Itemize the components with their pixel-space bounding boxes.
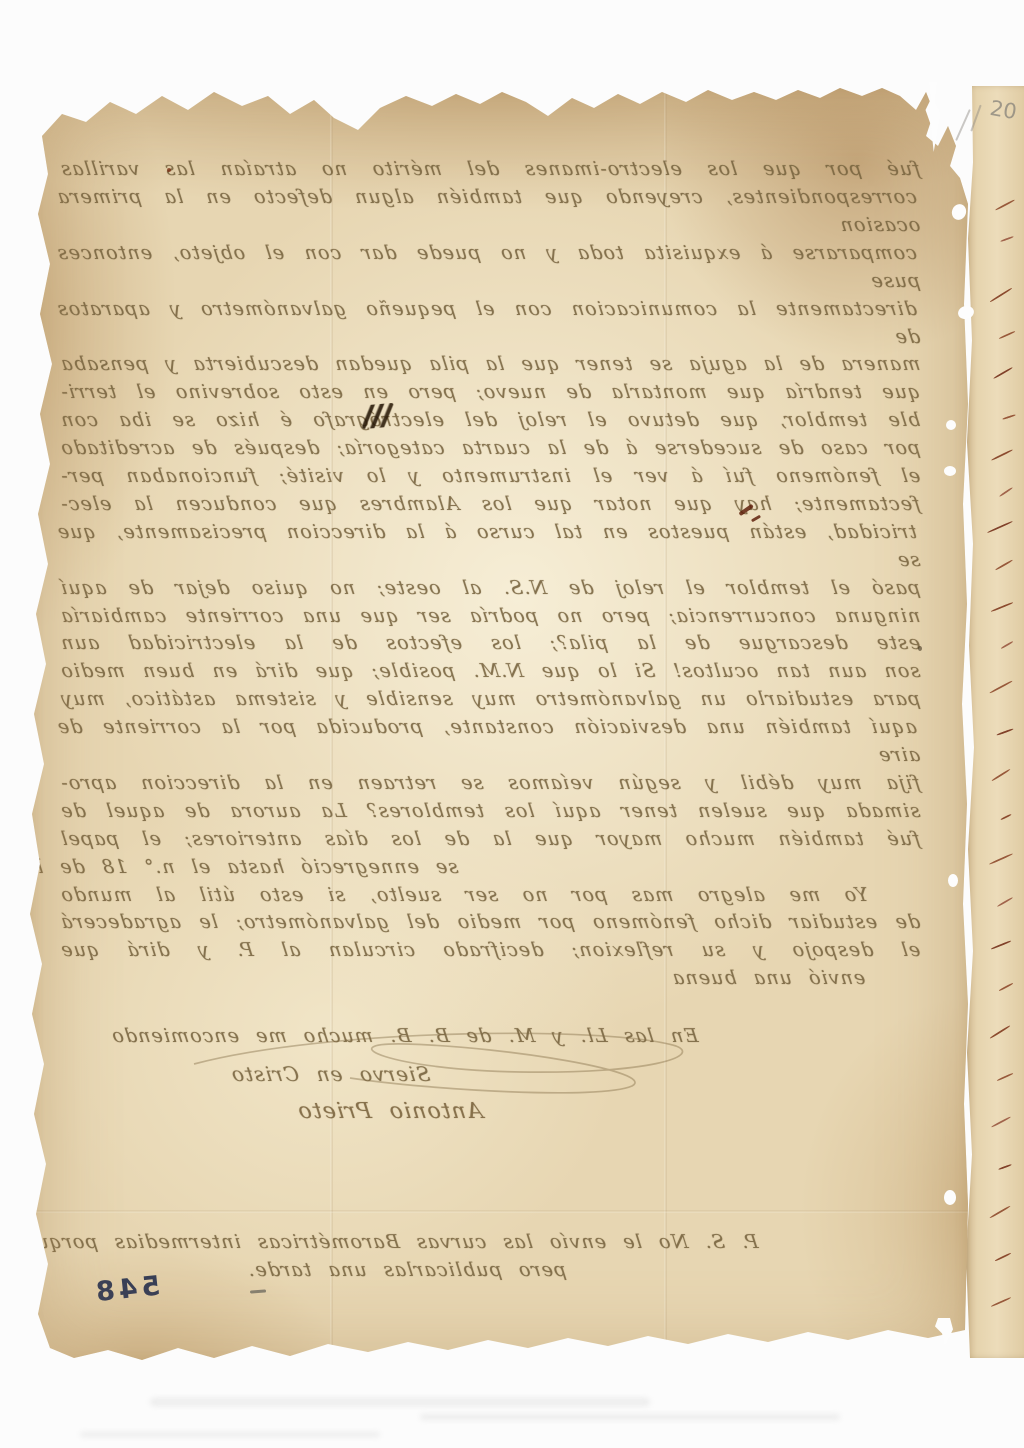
- letter-line: son aun tan ocultos! Si lo que N.M. posi…: [59, 658, 922, 686]
- letter-line: tricidad, están puestos en tal curso á l…: [55, 519, 922, 575]
- red-ink-fragment: [1002, 414, 1016, 420]
- red-ink-fragment: [1000, 236, 1014, 243]
- letter-sheet: fué por que los electro-imanes del mérit…: [28, 84, 970, 1366]
- red-ink-fragment: [997, 897, 1014, 908]
- letter-line: para estudiarlo un galvanómetro muy sens…: [59, 686, 922, 714]
- letter-line: Yo me alegro mas por no ser suelto, si e…: [59, 882, 870, 910]
- letter-line: directamente la comunicacion con el pequ…: [55, 296, 922, 352]
- paper-damage-spot: [948, 874, 958, 887]
- letter-scan: fué por que los electro-imanes del mérit…: [0, 0, 1024, 1448]
- dark-ink-blot: [362, 403, 394, 429]
- red-ink-fragment: [998, 1164, 1012, 1171]
- red-ink-fragment: [990, 940, 1011, 950]
- letter-line: correspondientes, creyendo que también a…: [55, 184, 922, 240]
- scanner-streak: [420, 1414, 840, 1420]
- pencil-note: 20: [988, 96, 1018, 124]
- red-ink-fragment: [999, 487, 1013, 498]
- letter-line: envió una buena: [59, 965, 867, 993]
- letter-line: Antonio Prieto: [58, 1095, 485, 1129]
- red-ink-fragment: [996, 728, 1014, 736]
- red-ink-fragment: [995, 559, 1013, 571]
- red-ink-fragment: [989, 1025, 1010, 1039]
- red-ink-fragment: [991, 449, 1013, 461]
- letter-line: aquí también una desviación constante, p…: [55, 714, 922, 770]
- letter-line: ble temblor, que detuvo el reloj del ele…: [59, 407, 922, 435]
- letter-line: por caso de sucederse á de la cuarta cat…: [59, 435, 922, 463]
- letter-line: el despojo y su reflexion; decifrado cir…: [59, 937, 922, 965]
- paper-damage-spot: [944, 1190, 956, 1205]
- letter-line: fué también mucho mayor que la de los dí…: [59, 826, 922, 854]
- letter-lines: fué por que los electro-imanes del mérit…: [62, 156, 922, 1285]
- letter-line: este descargue de la pila?; los efectos …: [59, 630, 922, 658]
- red-ink-fragment: [990, 602, 1013, 613]
- scanner-streak: [150, 1398, 650, 1406]
- letter-line: P. S. No le envío las curvas Barométrica…: [59, 1229, 760, 1257]
- red-ink-fragment: [989, 853, 1014, 865]
- stamp-dash-mark: [250, 1289, 266, 1293]
- red-ink-fragment: [989, 287, 1012, 302]
- page-number-stamp: 548: [91, 1271, 162, 1309]
- letter-line: que tendría que montarla de nuevo; pero …: [59, 379, 922, 407]
- letter-line: compararse á exquisita toda y no puede d…: [55, 240, 922, 296]
- letter-line: simada que suelen tener aquí los temblor…: [59, 798, 922, 826]
- red-ink-fragment: [991, 768, 1011, 781]
- pencil-stroke: [955, 109, 971, 141]
- paper-damage-spot: [946, 420, 956, 430]
- red-ink-fragment: [991, 1116, 1011, 1128]
- letter-line: el fenómeno fuí á ver el instrumento y l…: [59, 463, 922, 491]
- ink-speck: [167, 168, 171, 172]
- letter-line: manera de la aguja se tener que la pila …: [59, 351, 922, 379]
- red-ink-fragment: [987, 520, 1013, 533]
- red-ink-fragment: [998, 982, 1013, 991]
- signature-flourish: [180, 1020, 700, 1098]
- red-ink-fragment: [995, 199, 1015, 211]
- adjacent-page-strip: [964, 86, 1024, 1358]
- letter-line: fué por que los electro-imanes del mérit…: [59, 156, 922, 184]
- letter-line: pasó el temblor el reloj de N.S. al oest…: [59, 575, 922, 603]
- red-ink-fragment: [994, 1252, 1011, 1262]
- red-ink-fragment: [996, 1072, 1013, 1081]
- ink-speck: [918, 646, 922, 651]
- letter-line: de estudiar dicho fenómeno por medio del…: [59, 909, 922, 937]
- letter-line: se ennegreció hasta el n.° 18 de la esca…: [59, 854, 460, 882]
- paper-damage-spot: [944, 466, 956, 476]
- red-ink-fragment: [1000, 813, 1012, 820]
- letter-line: fija muy débil y según veíamos se retrae…: [59, 770, 922, 798]
- red-ink-fragment: [1000, 641, 1013, 650]
- red-ink-fragment: [991, 1297, 1012, 1308]
- scanner-streak: [80, 1432, 380, 1437]
- red-ink-fragment: [989, 680, 1013, 694]
- mirrored-letter-text: fué por que los electro-imanes del mérit…: [62, 148, 922, 1285]
- red-ink-fragment: [998, 330, 1015, 339]
- letter-line: fectamente; hay que notar que los Alambr…: [59, 491, 922, 519]
- red-ink-fragment: [989, 1205, 1011, 1219]
- letter-line: ninguna concurrencia; pero no podría ser…: [59, 603, 922, 631]
- red-ink-fragment: [993, 367, 1013, 380]
